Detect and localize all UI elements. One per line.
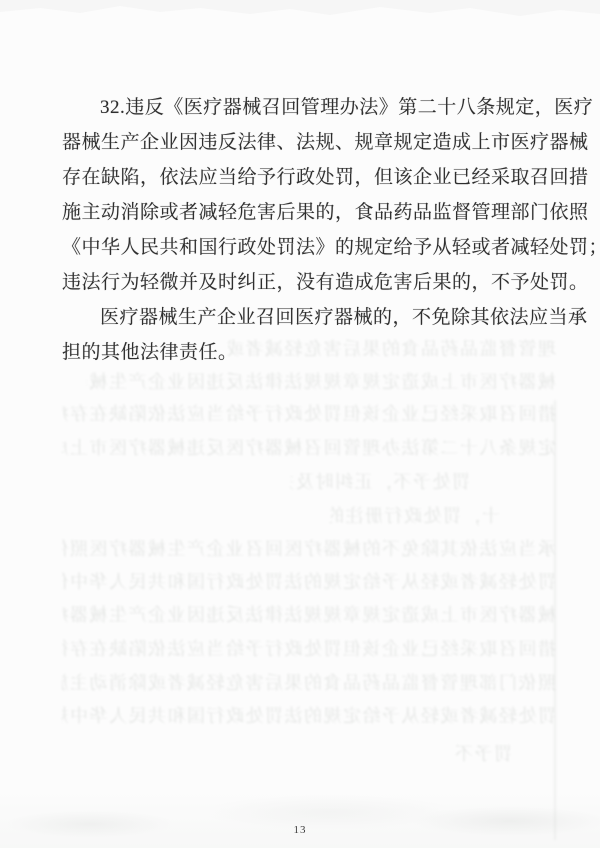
bleed-through-line: 措回召取采经已业企该但罚处政行予给当应法依陷缺在存疗医 — [62, 402, 556, 426]
text-line: 违法行为轻微并及时纠正，没有造成危害后果的，不予处罚。 — [62, 265, 556, 300]
bleed-through-line: 罚处予不，正纠时及并 — [290, 470, 470, 494]
text-line: 器械生产企业因违反法律、法规、规章规定造成上市医疗器械 — [62, 125, 556, 160]
bleed-through-line: 械器疗医市上成造定规章规规法律法反违因业企产生械器疗医 — [62, 603, 556, 627]
bleed-through-line: 十，罚处政行册注的 — [330, 504, 500, 528]
text-line: 担的其他法律责任。 — [62, 335, 556, 370]
bleed-through-line: 照依门部理管督监品药品食的果后害危轻减者或除消动主施定 — [62, 671, 556, 695]
bleed-through-line: 械器疗医市上成造定规章规规法律法反违因业企产生械器 — [86, 370, 556, 394]
text-line: 施主动消除或者减轻危害后果的，食品药品监督管理部门依照 — [62, 195, 556, 230]
bleed-through-line: 罚处轻减者或轻从予给定规的法罚处政行国和共民人华中规反 — [62, 704, 556, 728]
text-line: 存在缺陷，依法应当给予行政处罚，但该企业已经采取召回措 — [62, 160, 556, 195]
scan-bottom-artifact — [0, 788, 600, 848]
scan-fold-artifact — [554, 400, 556, 840]
page-number: 13 — [0, 824, 600, 836]
bleed-through-line: 定规条八十二第法办理管回召械器疗医反违械器疗医市上成造 — [62, 436, 556, 460]
text-line: 医疗器械生产企业召回医疗器械的，不免除其依法应当承 — [62, 300, 556, 335]
bleed-through-line: 承当应法依其除免不的械器疗医回召业企产生械器疗医照依门部 — [62, 537, 556, 561]
text-line: 32.违反《医疗器械召回管理办法》第二十八条规定，医疗 — [62, 90, 556, 125]
bleed-through-line: 措回召取采经已业企该但罚处政行予给当应法依陷缺在存律法 — [62, 637, 556, 661]
bleed-through-line: 罚予不 — [452, 742, 512, 766]
text-line: 《中华人民共和国行政处罚法》的规定给予从轻或者减轻处罚； — [62, 230, 556, 265]
scan-top-edge-artifact — [0, 0, 600, 22]
bleed-through-line: 罚处轻减者或轻从予给定规的法罚处政行国和共民人华中任责 — [62, 570, 556, 594]
